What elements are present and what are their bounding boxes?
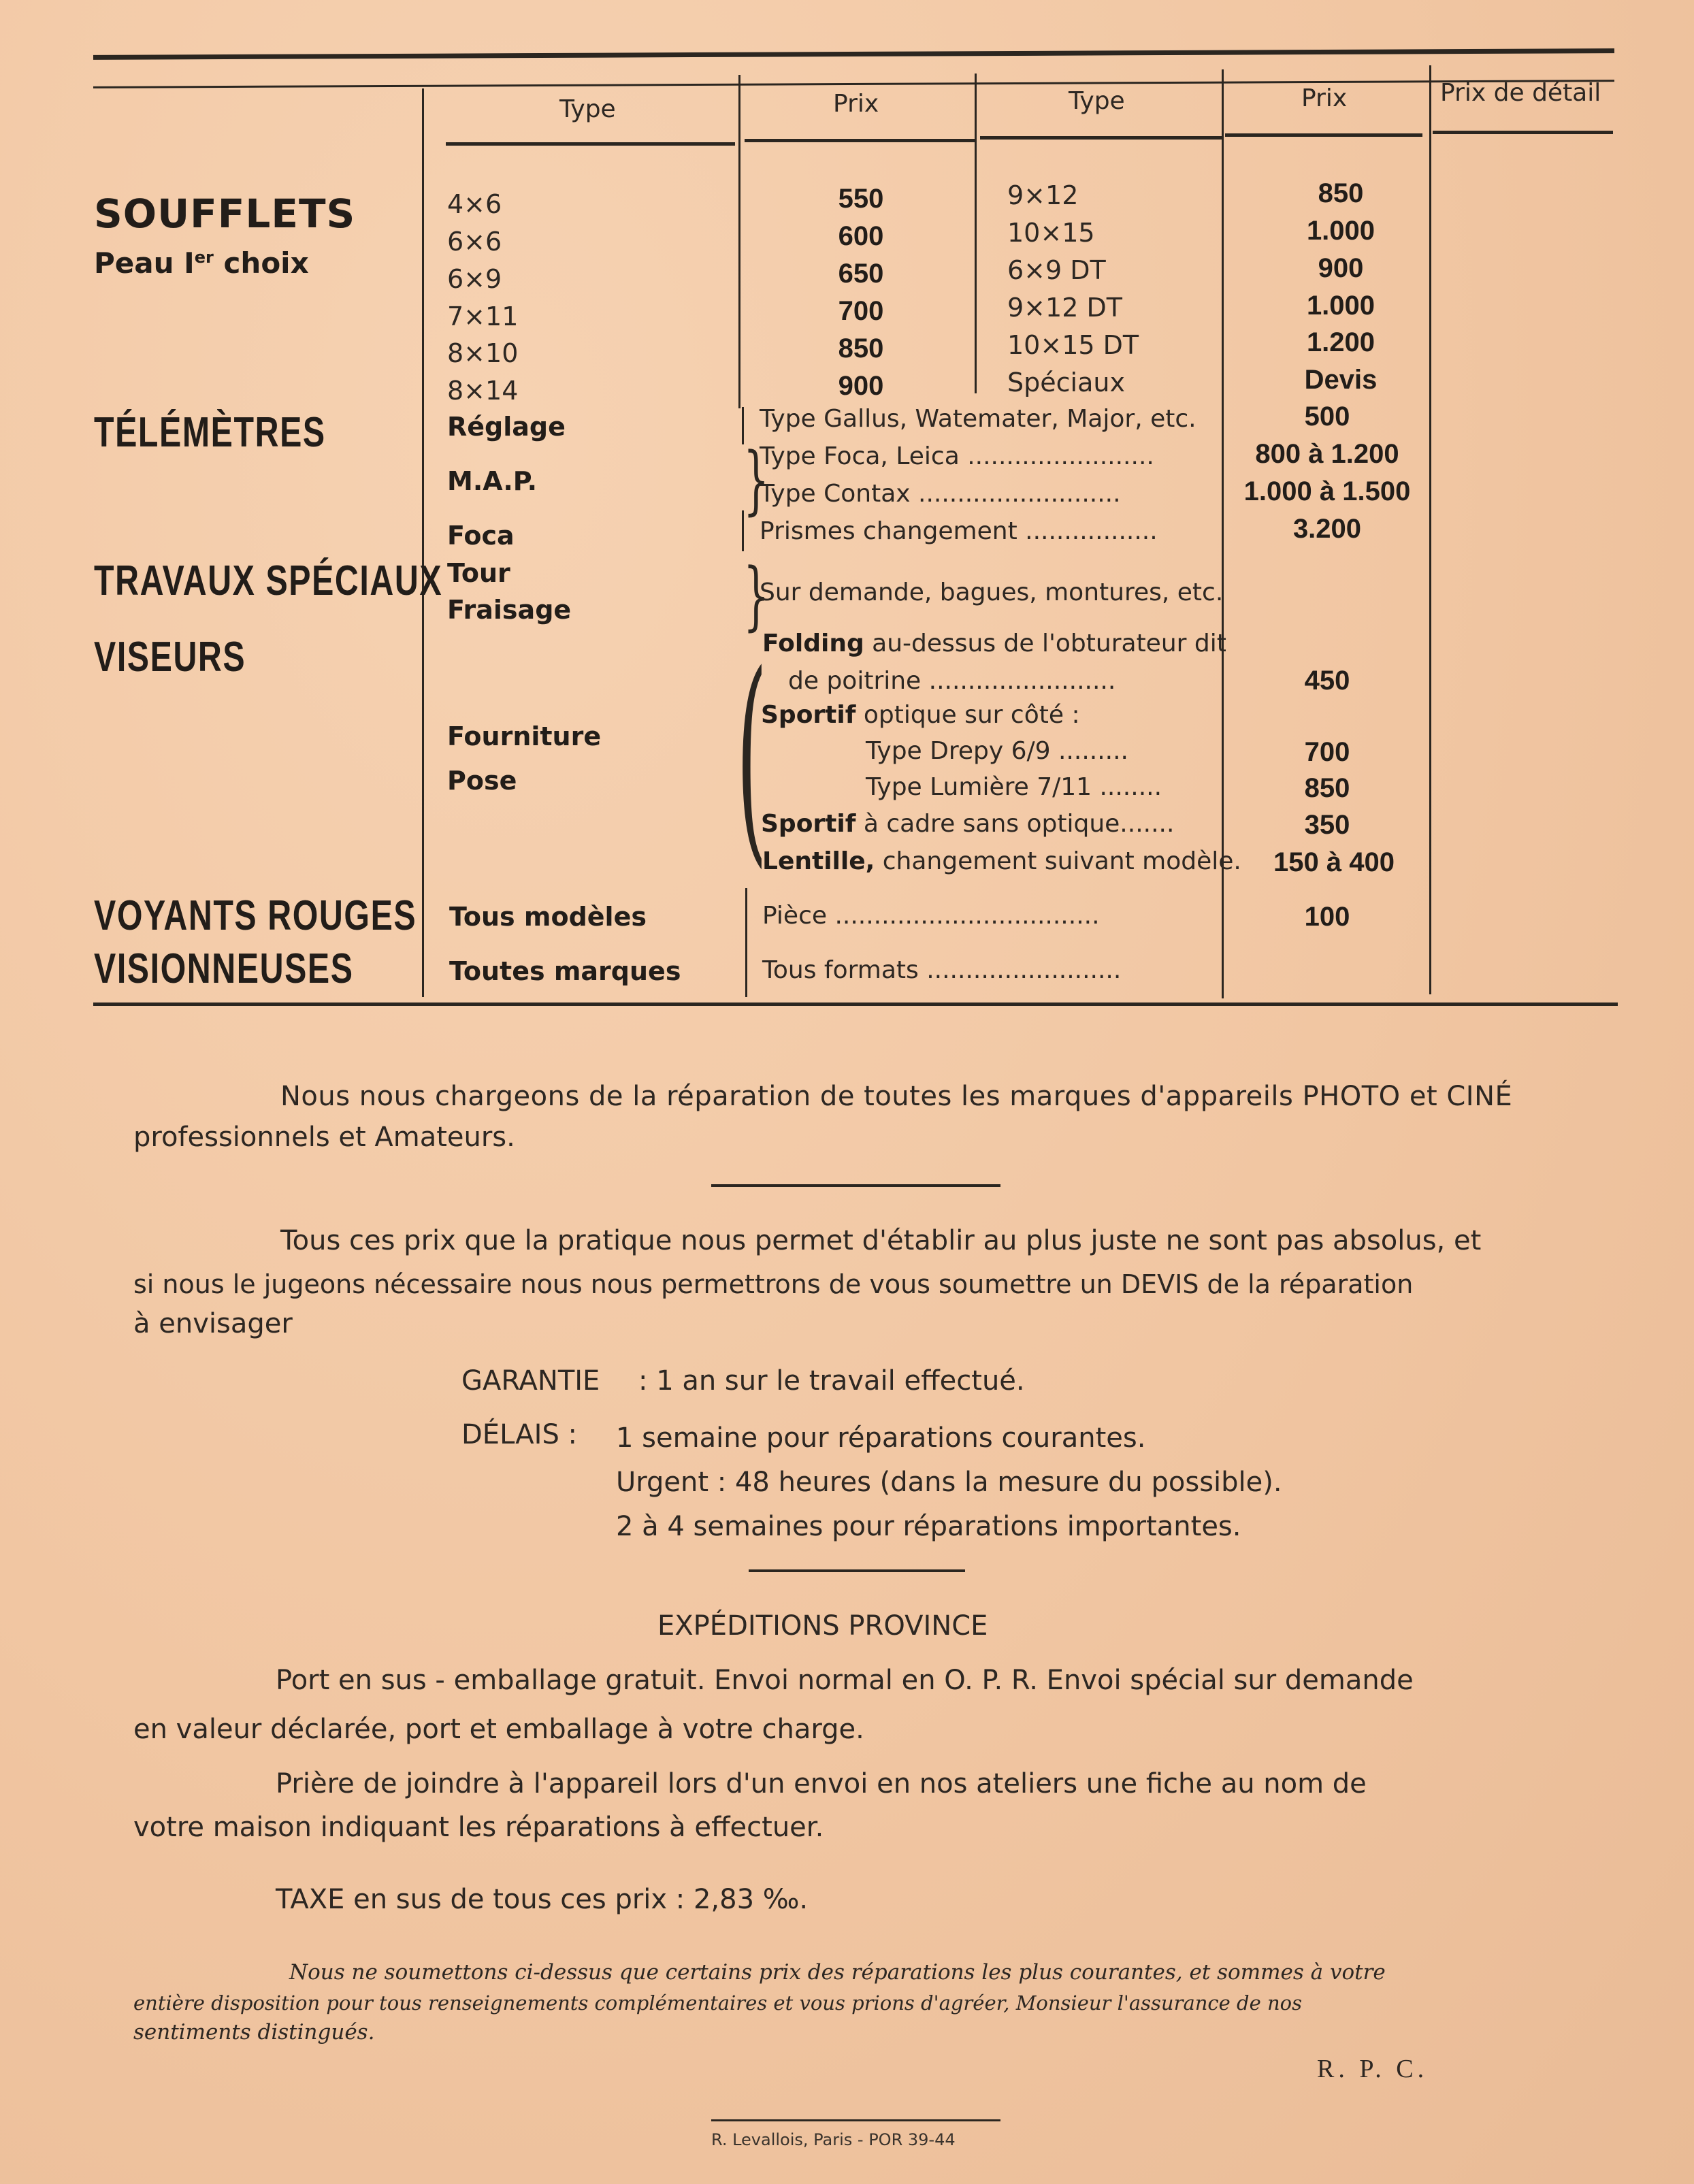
expeditions-title: EXPÉDITIONS PROVINCE bbox=[657, 1610, 988, 1642]
soufflet-prix1: 550 bbox=[803, 184, 919, 214]
soufflet-type1: 8×14 bbox=[447, 376, 518, 406]
garantie-text: : 1 an sur le travail effectué. bbox=[638, 1365, 1025, 1397]
col-divider-type2 bbox=[975, 74, 977, 393]
col-divider-category bbox=[422, 88, 424, 997]
priere-line-1: Prière de joindre à l'appareil lors d'un… bbox=[276, 1768, 1367, 1799]
viseur-row-lentille: Lentille, changement suivant modèle. bbox=[762, 847, 1241, 875]
viseur-price: 450 bbox=[1232, 666, 1422, 696]
telemetre-desc: Prismes changement ................. bbox=[760, 517, 1158, 545]
travaux-label-fraisage: Fraisage bbox=[447, 595, 571, 625]
garantie-label: GARANTIE bbox=[461, 1365, 600, 1397]
viseur-desc: à cadre sans optique....... bbox=[856, 810, 1174, 838]
telemetre-desc: Type Gallus, Watemater, Major, etc. bbox=[760, 405, 1196, 433]
delais-label: DÉLAIS : bbox=[461, 1419, 577, 1450]
soufflet-type2: 10×15 DT bbox=[1007, 330, 1139, 360]
soufflet-type2: Spéciaux bbox=[1007, 368, 1125, 397]
signature: R. P. C. bbox=[1317, 2054, 1428, 2084]
footer-divider bbox=[711, 2119, 1000, 2121]
section-divider-2 bbox=[749, 1569, 965, 1572]
header-underline-prix2 bbox=[1225, 133, 1422, 137]
delais-line-3: 2 à 4 semaines pour réparations importan… bbox=[616, 1511, 1241, 1542]
intro-line-1: Nous nous chargeons de la réparation de … bbox=[280, 1081, 1512, 1112]
col-divider-desc-voyants bbox=[745, 888, 747, 997]
priere-line-2: votre maison indiquant les réparations à… bbox=[133, 1812, 824, 1843]
viseur-row-poitrine: de poitrine ........................ bbox=[788, 667, 1115, 695]
telemetre-price: 3.200 bbox=[1232, 514, 1422, 544]
soufflet-type1: 6×6 bbox=[447, 227, 502, 257]
viseur-row-lumiere: Type Lumière 7/11 ........ bbox=[866, 773, 1162, 801]
port-line-1: Port en sus - emballage gratuit. Envoi n… bbox=[276, 1665, 1414, 1696]
soufflet-type1: 7×11 bbox=[447, 301, 518, 331]
prices-line-2: si nous le jugeons nécessaire nous nous … bbox=[133, 1269, 1413, 1299]
category-travaux-speciaux: TRAVAUX SPÉCIAUX bbox=[94, 557, 442, 605]
section-divider-1 bbox=[711, 1184, 1000, 1187]
viseur-price: 850 bbox=[1232, 773, 1422, 804]
col-divider-prix1 bbox=[738, 75, 740, 408]
telemetre-desc: Type Contax .......................... bbox=[760, 480, 1121, 508]
telemetre-label-map: M.A.P. bbox=[447, 466, 537, 496]
top-thick-rule bbox=[93, 48, 1614, 60]
viseurs-label-pose: Pose bbox=[447, 766, 517, 796]
viseur-row-sportif-cadre: Sportif à cadre sans optique....... bbox=[761, 810, 1174, 838]
viseur-bold: Folding bbox=[762, 630, 864, 657]
viseur-price: 700 bbox=[1232, 737, 1422, 768]
soufflet-prix1: 900 bbox=[803, 371, 919, 402]
header-underline-detail bbox=[1433, 131, 1613, 134]
header-prix-2: Prix bbox=[1301, 84, 1347, 112]
viseur-desc: Type Lumière 7/11 ........ bbox=[866, 773, 1162, 801]
viseur-row-drepy: Type Drepy 6/9 ......... bbox=[866, 737, 1128, 765]
closing-line-3: sentiments distingués. bbox=[133, 2020, 374, 2044]
prices-line-1: Tous ces prix que la pratique nous perme… bbox=[280, 1225, 1481, 1256]
taxe-label: TAXE bbox=[276, 1884, 344, 1915]
subtitle-sup: er bbox=[195, 248, 214, 267]
category-voyants-rouges: VOYANTS ROUGES bbox=[94, 892, 417, 940]
bracket-foca bbox=[742, 510, 744, 551]
viseurs-label-fourniture: Fourniture bbox=[447, 721, 601, 751]
telemetre-label-foca: Foca bbox=[447, 521, 515, 551]
viseur-row-sportif-optique: Sportif optique sur côté : bbox=[761, 701, 1080, 729]
soufflet-prix1: 600 bbox=[803, 221, 919, 252]
telemetre-label-reglage: Réglage bbox=[447, 412, 566, 442]
taxe-line: TAXE en sus de tous ces prix : 2,83 ‰. bbox=[276, 1884, 808, 1915]
soufflet-prix2: 1.200 bbox=[1273, 327, 1409, 358]
soufflet-type1: 6×9 bbox=[447, 264, 502, 294]
soufflet-type2: 9×12 bbox=[1007, 180, 1078, 210]
header-type-2: Type bbox=[1069, 87, 1125, 115]
telemetre-price: 500 bbox=[1232, 402, 1422, 432]
soufflet-prix1: 700 bbox=[803, 296, 919, 327]
category-viseurs: VISEURS bbox=[94, 633, 246, 681]
taxe-text: en sus de tous ces prix : 2,83 ‰. bbox=[344, 1884, 808, 1915]
soufflet-type2: 6×9 DT bbox=[1007, 255, 1106, 285]
viseur-desc: changement suivant modèle. bbox=[875, 847, 1241, 875]
soufflet-prix2: 900 bbox=[1273, 253, 1409, 284]
telemetre-price: 1.000 à 1.500 bbox=[1232, 476, 1422, 507]
voyants-desc: Pièce .................................. bbox=[762, 902, 1100, 930]
soufflet-prix2: Devis bbox=[1273, 365, 1409, 395]
viseur-price: 150 à 400 bbox=[1232, 847, 1436, 878]
category-visionneuses: VISIONNEUSES bbox=[94, 945, 354, 993]
subtitle-num: I bbox=[184, 246, 195, 280]
category-telemetres: TÉLÉMÈTRES bbox=[94, 408, 326, 457]
travaux-desc: Sur demande, bagues, montures, etc. bbox=[760, 578, 1223, 606]
soufflet-prix1: 650 bbox=[803, 259, 919, 289]
prices-line-3: à envisager bbox=[133, 1308, 293, 1339]
delais-line-1: 1 semaine pour réparations courantes. bbox=[616, 1422, 1145, 1454]
closing-line-2: entière disposition pour tous renseignem… bbox=[133, 1991, 1302, 2015]
soufflet-prix2: 1.000 bbox=[1273, 216, 1409, 246]
visionneuses-desc: Tous formats ......................... bbox=[762, 956, 1121, 984]
intro-line-2: professionnels et Amateurs. bbox=[133, 1122, 515, 1153]
viseur-bold: Sportif bbox=[761, 810, 856, 838]
travaux-label-tour: Tour bbox=[447, 558, 510, 588]
viseur-desc: de poitrine ........................ bbox=[788, 667, 1115, 695]
header-underline-type2 bbox=[980, 136, 1222, 140]
top-thin-rule bbox=[93, 80, 1614, 88]
soufflet-prix2: 1.000 bbox=[1273, 291, 1409, 321]
subtitle-choix: choix bbox=[214, 246, 309, 280]
subtitle-peau: Peau bbox=[94, 246, 184, 280]
viseur-bold: Sportif bbox=[761, 701, 856, 729]
viseur-price: 350 bbox=[1232, 810, 1422, 841]
soufflet-type1: 4×6 bbox=[447, 189, 502, 219]
viseur-bold: Lentille, bbox=[762, 847, 875, 875]
viseur-desc: Type Drepy 6/9 ......... bbox=[866, 737, 1128, 765]
visionneuses-label: Toutes marques bbox=[449, 956, 681, 986]
viseur-desc: au-dessus de l'obturateur dit bbox=[864, 630, 1226, 657]
port-line-2: en valeur déclarée, port et emballage à … bbox=[133, 1714, 864, 1745]
telemetre-price: 800 à 1.200 bbox=[1232, 439, 1422, 470]
soufflet-type2: 10×15 bbox=[1007, 218, 1095, 248]
viseur-row-folding: Folding au-dessus de l'obturateur dit bbox=[762, 630, 1226, 657]
category-soufflets: SOUFFLETS bbox=[94, 191, 355, 237]
soufflet-type2: 9×12 DT bbox=[1007, 293, 1122, 323]
delais-line-2: Urgent : 48 heures (dans la mesure du po… bbox=[616, 1467, 1282, 1498]
header-underline-type1 bbox=[446, 142, 735, 146]
printer-credit: R. Levallois, Paris - POR 39-44 bbox=[711, 2130, 956, 2149]
header-underline-prix1 bbox=[745, 139, 976, 142]
table-bottom-rule bbox=[93, 1003, 1618, 1006]
soufflet-type1: 8×10 bbox=[447, 338, 518, 368]
voyants-price: 100 bbox=[1232, 902, 1422, 932]
soufflet-prix2: 850 bbox=[1273, 178, 1409, 209]
header-prix-detail: Prix de détail bbox=[1440, 79, 1601, 107]
soufflet-prix1: 850 bbox=[803, 333, 919, 364]
header-prix-1: Prix bbox=[833, 90, 879, 118]
header-type-1: Type bbox=[559, 95, 616, 123]
voyants-label: Tous modèles bbox=[449, 902, 647, 932]
category-soufflets-subtitle: Peau Ier choix bbox=[94, 246, 309, 280]
closing-line-1: Nous ne soumettons ci-dessus que certain… bbox=[289, 1960, 1386, 1985]
viseur-desc: optique sur côté : bbox=[856, 701, 1079, 729]
telemetre-desc: Type Foca, Leica .......................… bbox=[760, 442, 1154, 470]
